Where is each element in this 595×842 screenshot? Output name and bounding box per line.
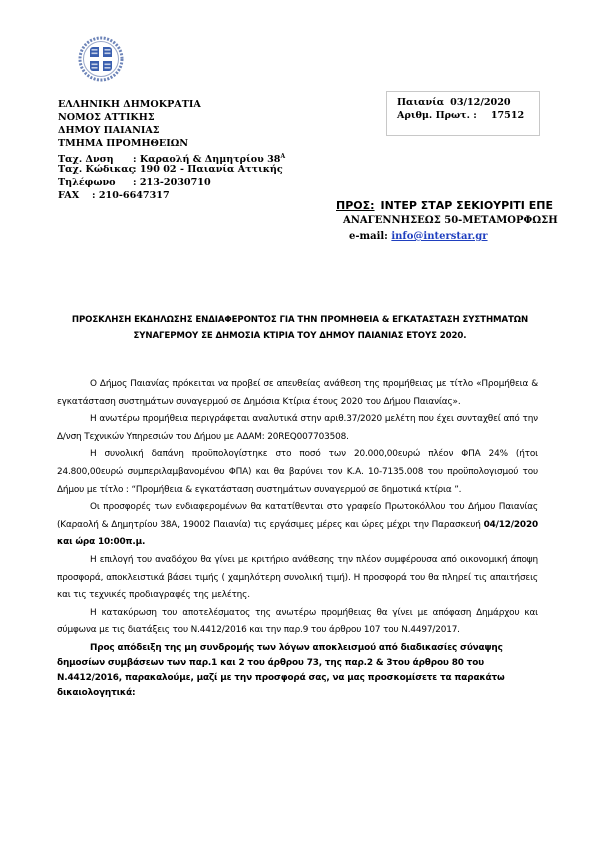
sender-postcode: Ταχ. Κώδικας: 190 02 - Παιανία Αττικής [58,163,285,176]
postcode-label: Ταχ. Κώδικας [58,163,133,176]
paragraph-intro: Ο Δήμος Παιανίας πρόκειται να προβεί σε … [57,376,538,411]
address-superscript: Α [280,153,285,160]
date-protocol-box: Παιανία03/12/2020 Αριθμ. Πρωτ. :17512 [386,91,540,136]
paragraph-documents: Προς απόδειξη της μη συνδρομής των λόγων… [57,641,538,701]
fax-value: : 210-6647317 [92,190,170,201]
submission-text: Οι προσφορές των ενδιαφερομένων θα κατατ… [57,502,538,530]
paragraph-budget: Η συνολική δαπάνη προϋπολογίστηκε στο πο… [57,446,538,499]
recipient-company: ΙΝΤΕΡ ΣΤΑΡ ΣΕΚΙΟΥΡΙΤΙ ΕΠΕ [381,199,553,212]
sender-phone: Τηλέφωνο: 213-2030710 [58,176,285,189]
greek-coat-of-arms-icon [78,36,124,82]
document-title: ΠΡΟΣΚΛΗΣΗ ΕΚΔΗΛΩΣΗΣ ΕΝΔΙΑΦΕΡΟΝΤΟΣ ΓΙΑ ΤΗ… [40,312,560,344]
protocol-label: Αριθμ. Πρωτ. : [397,110,477,121]
sender-municipality: ΔΗΜΟΥ ΠΑΙΑΝΙΑΣ [58,124,285,137]
to-label: ΠΡΟΣ: [336,199,375,212]
paragraph-selection: Η επιλογή του αναδόχου θα γίνει με κριτή… [57,552,538,605]
recipient-to-line: ΠΡΟΣ:ΙΝΤΕΡ ΣΤΑΡ ΣΕΚΙΟΥΡΙΤΙ ΕΠΕ [336,199,558,215]
protocol-number: 17512 [491,110,524,121]
paragraph-award: Η κατακύρωση του αποτελέσματος της ανωτέ… [57,605,538,640]
recipient-block: ΠΡΟΣ:ΙΝΤΕΡ ΣΤΑΡ ΣΕΚΙΟΥΡΙΤΙ ΕΠΕ ΑΝΑΓΕΝΝΗΣ… [336,199,558,247]
protocol-line: Αριθμ. Πρωτ. :17512 [397,109,539,122]
paragraph-study: Η ανωτέρω προμήθεια περιγράφεται αναλυτι… [57,411,538,446]
sender-block: ΕΛΛΗΝΙΚΗ ΔΗΜΟΚΡΑΤΙΑ ΝΟΜΟΣ ΑΤΤΙΚΗΣ ΔΗΜΟΥ … [58,98,285,202]
sender-department: ΤΜΗΜΑ ΠΡΟΜΗΘΕΙΩΝ [58,137,285,150]
document-body: Ο Δήμος Παιανίας πρόκειται να προβεί σε … [57,376,538,701]
recipient-address: ΑΝΑΓΕΝΝΗΣΕΩΣ 50-ΜΕΤΑΜΟΡΦΩΣΗ [336,215,558,231]
sender-address: Ταχ. Δνση: Καραολή & Δημητρίου 38Α [58,150,285,163]
postcode-value: : 190 02 - Παιανία Αττικής [133,164,283,175]
email-link[interactable]: info@interstar.gr [391,231,487,242]
place: Παιανία [397,97,444,108]
sender-prefecture: ΝΟΜΟΣ ΑΤΤΙΚΗΣ [58,111,285,124]
date: 03/12/2020 [450,97,510,108]
date-line: Παιανία03/12/2020 [397,96,539,109]
fax-label: FAX [58,189,92,202]
title-line-1: ΠΡΟΣΚΛΗΣΗ ΕΚΔΗΛΩΣΗΣ ΕΝΔΙΑΦΕΡΟΝΤΟΣ ΓΙΑ ΤΗ… [40,312,560,328]
title-line-2: ΣΥΝΑΓΕΡΜΟΥ ΣΕ ΔΗΜΟΣΙΑ ΚΤΙΡΙΑ ΤΟΥ ΔΗΜΟΥ Π… [40,328,560,344]
paragraph-submission: Οι προσφορές των ενδιαφερομένων θα κατατ… [57,499,538,552]
sender-country: ΕΛΛΗΝΙΚΗ ΔΗΜΟΚΡΑΤΙΑ [58,98,285,111]
sender-fax: FAX: 210-6647317 [58,189,285,202]
phone-value: : 213-2030710 [133,177,211,188]
recipient-email-line: e-mail: info@interstar.gr [336,231,558,247]
phone-label: Τηλέφωνο [58,176,133,189]
email-label: e-mail: [349,231,388,242]
